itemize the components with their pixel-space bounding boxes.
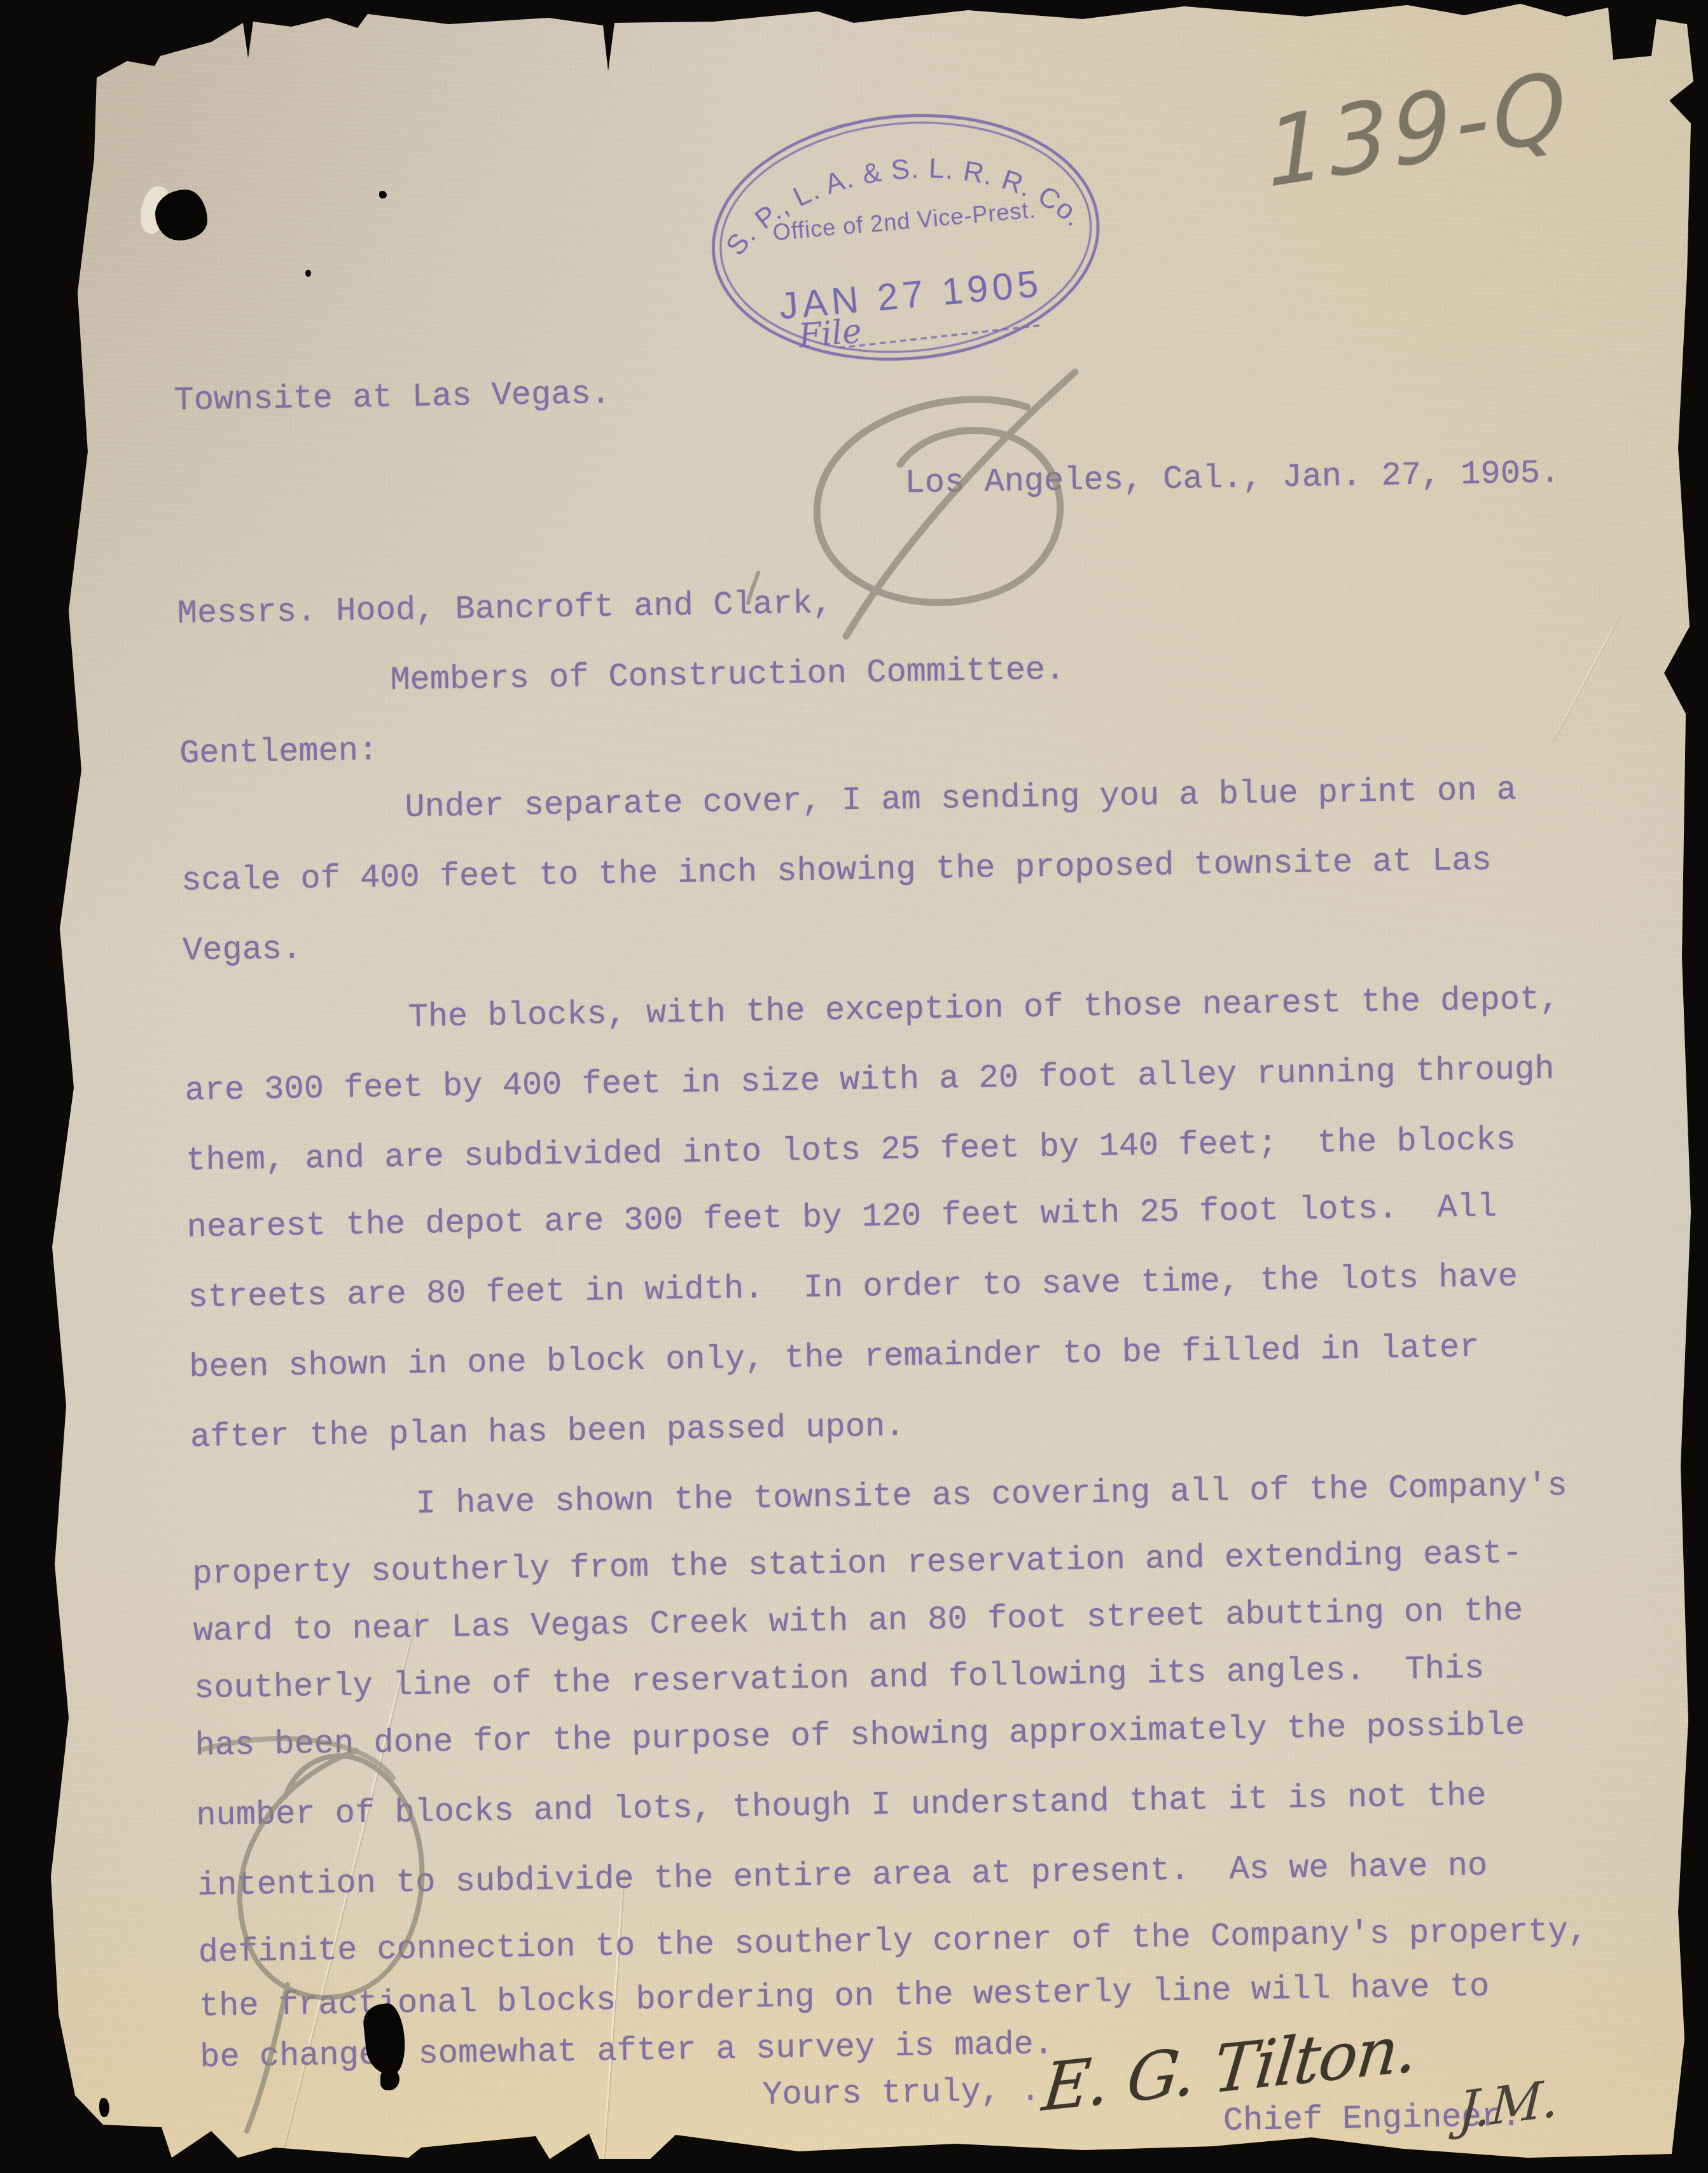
letter-body: Under separate cover, I am sending you a… (0, 0, 1688, 3)
body-line: them, and are subdivided into lots 25 fe… (186, 1121, 1516, 1181)
body-line: after the plan has been passed upon. (190, 1408, 905, 1457)
body-line: nearest the depot are 300 feet by 120 fe… (186, 1188, 1497, 1247)
body-line: property southerly from the station rese… (192, 1534, 1522, 1593)
body-line: southerly line of the reservation and fo… (194, 1649, 1485, 1708)
edge-tear (99, 2098, 109, 2117)
body-line: intention to subdivide the entire area a… (197, 1847, 1488, 1905)
body-line: ward to near Las Vegas Creek with an 80 … (193, 1592, 1523, 1651)
salutation: Gentlemen: (179, 732, 378, 774)
body-line: number of blocks and lots, though I unde… (196, 1777, 1487, 1835)
recipient-line: Members of Construction Committee. (390, 651, 1066, 700)
body-line: be changed somewhat after a survey is ma… (200, 2025, 1054, 2077)
body-line: I have shown the townsite as covering al… (415, 1467, 1567, 1523)
body-line: definite connection to the southerly cor… (198, 1912, 1588, 1972)
closing-line: Yours truly, . (762, 2072, 1041, 2115)
body-line: Under separate cover, I am sending you a… (405, 771, 1517, 826)
body-line: Vegas. (183, 931, 302, 971)
body-line: scale of 400 feet to the inch showing th… (181, 842, 1492, 900)
body-line: been shown in one block only, the remain… (189, 1329, 1480, 1387)
letter-paper: S. P., L. A. & S. L. R. R. Co. Office of… (0, 0, 1708, 2173)
recipient-line: Messrs. Hood, Bancroft and Clark, (177, 585, 833, 633)
body-line: has been done for the purpose of showing… (195, 1706, 1525, 1765)
signature-initials: J.M. (1457, 2069, 1560, 2141)
body-line: are 300 feet by 400 feet in size with a … (184, 1051, 1555, 1111)
paper-hole-speck (379, 191, 387, 198)
paper-hole-speck (305, 270, 311, 277)
body-line: streets are 80 feet in width. In order t… (188, 1258, 1518, 1317)
body-line: The blocks, with the exception of those … (408, 980, 1560, 1036)
dateline: Los Angeles, Cal., Jan. 27, 1905. (905, 454, 1560, 503)
paper-hole (155, 190, 207, 240)
typed-content: Townsite at Las Vegas. Los Angeles, Cal.… (0, 0, 1708, 2173)
subject-line: Townsite at Las Vegas. (174, 375, 611, 420)
scanned-letter-page: S. P., L. A. & S. L. R. R. Co. Office of… (0, 0, 1708, 2173)
